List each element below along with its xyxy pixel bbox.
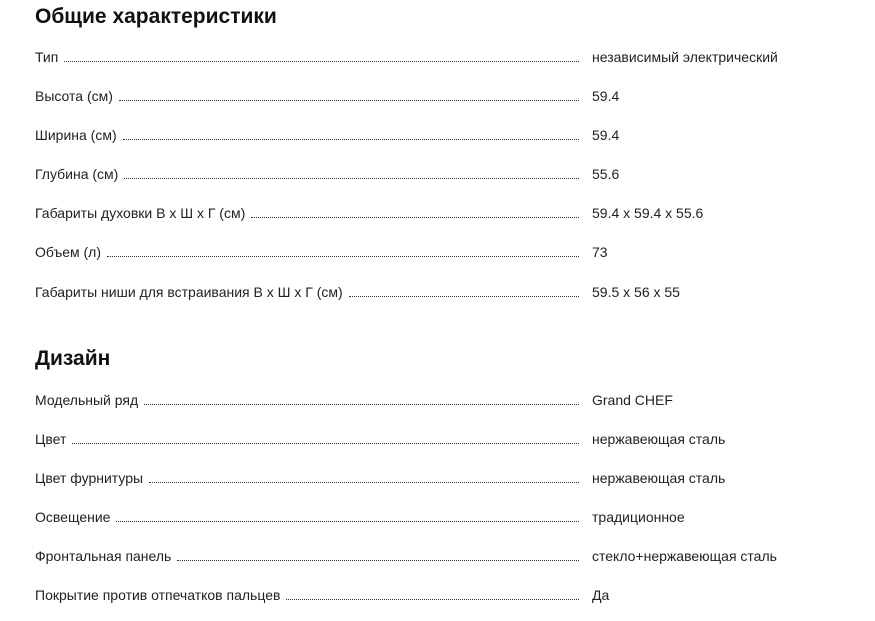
spec-row: Освещение традиционное xyxy=(35,505,795,525)
spec-row: Тип независимый электрический xyxy=(35,45,795,65)
spec-value: 55.6 xyxy=(592,166,619,182)
spec-label: Глубина (см) xyxy=(35,166,124,182)
dotted-leader xyxy=(119,100,579,101)
spec-row: Глубина (см) 55.6 xyxy=(35,162,795,182)
spec-value: 73 xyxy=(592,244,608,260)
spec-row: Модельный ряд Grand CHEF xyxy=(35,388,795,408)
spec-row: Высота (см) 59.4 xyxy=(35,84,795,104)
dotted-leader xyxy=(149,482,579,483)
dotted-leader xyxy=(144,404,579,405)
spec-row: Цвет нержавеющая сталь xyxy=(35,427,795,447)
spec-row: Покрытие против отпечатков пальцев Да xyxy=(35,583,795,603)
dotted-leader xyxy=(286,599,579,600)
spec-value: 59.4 xyxy=(592,88,619,104)
spec-value: 59.4 x 59.4 x 55.6 xyxy=(592,205,703,221)
dotted-leader xyxy=(107,256,579,257)
spec-row: Цвет фурнитуры нержавеющая сталь xyxy=(35,466,795,486)
spec-value: независимый электрический xyxy=(592,49,778,65)
spec-label: Цвет xyxy=(35,431,72,447)
section-title-general: Общие характеристики xyxy=(35,5,277,29)
spec-label: Цвет фурнитуры xyxy=(35,470,149,486)
dotted-leader xyxy=(177,560,579,561)
spec-label: Модельный ряд xyxy=(35,392,144,408)
spec-row: Габариты ниши для встраивания В х Ш х Г … xyxy=(35,280,795,300)
dotted-leader xyxy=(72,443,579,444)
spec-label: Габариты ниши для встраивания В х Ш х Г … xyxy=(35,284,349,300)
section-title-design: Дизайн xyxy=(35,347,110,371)
spec-label: Тип xyxy=(35,49,64,65)
spec-value: 59.5 x 56 x 55 xyxy=(592,284,680,300)
spec-value: нержавеющая сталь xyxy=(592,431,725,447)
spec-row: Габариты духовки В х Ш х Г (см) 59.4 x 5… xyxy=(35,201,795,221)
dotted-leader xyxy=(124,178,579,179)
dotted-leader xyxy=(64,61,579,62)
dotted-leader xyxy=(251,217,579,218)
spec-label: Фронтальная панель xyxy=(35,548,177,564)
spec-value: 59.4 xyxy=(592,127,619,143)
spec-value: нержавеющая сталь xyxy=(592,470,725,486)
dotted-leader xyxy=(116,521,579,522)
spec-row: Фронтальная панель стекло+нержавеющая ст… xyxy=(35,544,795,564)
spec-label: Освещение xyxy=(35,509,116,525)
dotted-leader xyxy=(123,139,579,140)
spec-label: Габариты духовки В х Ш х Г (см) xyxy=(35,205,251,221)
spec-label: Ширина (см) xyxy=(35,127,123,143)
spec-value: Да xyxy=(592,587,609,603)
spec-label: Объем (л) xyxy=(35,244,107,260)
spec-value: Grand CHEF xyxy=(592,392,673,408)
spec-label: Покрытие против отпечатков пальцев xyxy=(35,587,286,603)
spec-row: Ширина (см) 59.4 xyxy=(35,123,795,143)
spec-label: Высота (см) xyxy=(35,88,119,104)
dotted-leader xyxy=(349,296,579,297)
spec-value: традиционное xyxy=(592,509,685,525)
spec-row: Объем (л) 73 xyxy=(35,240,795,260)
spec-value: стекло+нержавеющая сталь xyxy=(592,548,777,564)
